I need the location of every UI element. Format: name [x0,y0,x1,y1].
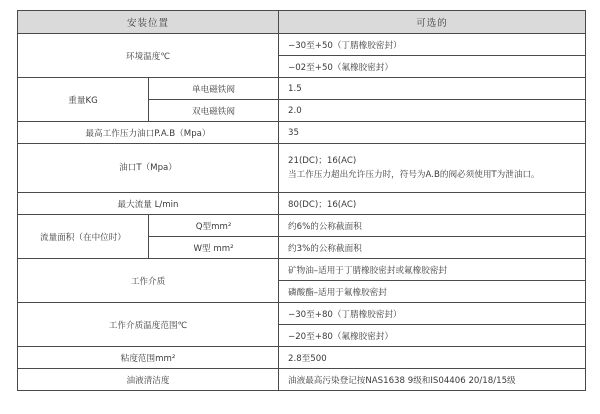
viscosity-value: 2.8至500 [279,347,586,369]
medium-label: 工作介质 [18,259,279,303]
header-row: 安装位置 可选的 [18,11,586,34]
flow-area-w-label: W型 mm² [149,237,279,259]
viscosity-label: 粘度范围mm² [18,347,279,369]
table-row: 环境温度℃ −30至+50（丁腈橡胶密封） [18,34,586,56]
flow-area-label: 流量面积（在中位时） [18,215,149,259]
cleanliness-label: 油液清洁度 [18,369,279,391]
table-row: 工作介质 矿物油–适用于丁腈橡胶密封或氟橡胶密封 [18,259,586,281]
flow-area-q-label: Q型mm² [149,215,279,237]
cleanliness-value: 油液最高污染登记按NAS1638 9级和IS04406 20/18/15级 [279,369,586,391]
max-flow-value: 80(DC)；16(AC) [279,193,586,215]
flow-area-q-value: 约6%的公称截面积 [279,215,586,237]
spec-table: 安装位置 可选的 环境温度℃ −30至+50（丁腈橡胶密封） −02至+50（氟… [17,10,586,391]
table-row: 最高工作压力油口P.A.B（Mpa） 35 [18,122,586,144]
table-row: 重量KG 单电磁铁阀 1.5 [18,78,586,100]
weight-label: 重量KG [18,78,149,122]
port-t-label: 油口T（Mpa） [18,144,279,193]
weight-double-label: 双电磁铁阀 [149,100,279,122]
flow-area-w-value: 约3%的公称截面积 [279,237,586,259]
header-optional: 可选的 [279,11,586,34]
medium-temp-label: 工作介质温度范围℃ [18,303,279,347]
table-row: 工作介质温度范围℃ −30至+80（丁腈橡胶密封） [18,303,586,325]
max-flow-label: 最大流量 L/min [18,193,279,215]
port-t-value-line1: 21(DC)；16(AC) [288,154,585,168]
max-pressure-label: 最高工作压力油口P.A.B（Mpa） [18,122,279,144]
medium-value-mineral: 矿物油–适用于丁腈橡胶密封或氟橡胶密封 [279,259,586,281]
table-row: 粘度范围mm² 2.8至500 [18,347,586,369]
port-t-value: 21(DC)；16(AC) 当工作压力超出允许压力时，符号为A.B的阀必须使用T… [279,144,586,193]
weight-double-value: 2.0 [279,100,586,122]
weight-single-value: 1.5 [279,78,586,100]
table-row: 流量面积（在中位时） Q型mm² 约6%的公称截面积 [18,215,586,237]
medium-temp-value-nbr: −30至+80（丁腈橡胶密封） [279,303,586,325]
max-pressure-value: 35 [279,122,586,144]
table-row: 油液清洁度 油液最高污染登记按NAS1638 9级和IS04406 20/18/… [18,369,586,391]
ambient-temp-label: 环境温度℃ [18,34,279,78]
table-row: 最大流量 L/min 80(DC)；16(AC) [18,193,586,215]
ambient-temp-value-fkm: −02至+50（氟橡胶密封） [279,56,586,78]
header-install-position: 安装位置 [18,11,279,34]
medium-temp-value-fkm: −20至+80（氟橡胶密封） [279,325,586,347]
medium-value-phosphate: 磷酸酯–适用于氟橡胶密封 [279,281,586,303]
port-t-value-line2: 当工作压力超出允许压力时，符号为A.B的阀必须使用T为泄油口。 [288,168,585,182]
ambient-temp-value-nbr: −30至+50（丁腈橡胶密封） [279,34,586,56]
table-row: 油口T（Mpa） 21(DC)；16(AC) 当工作压力超出允许压力时，符号为A… [18,144,586,193]
weight-single-label: 单电磁铁阀 [149,78,279,100]
